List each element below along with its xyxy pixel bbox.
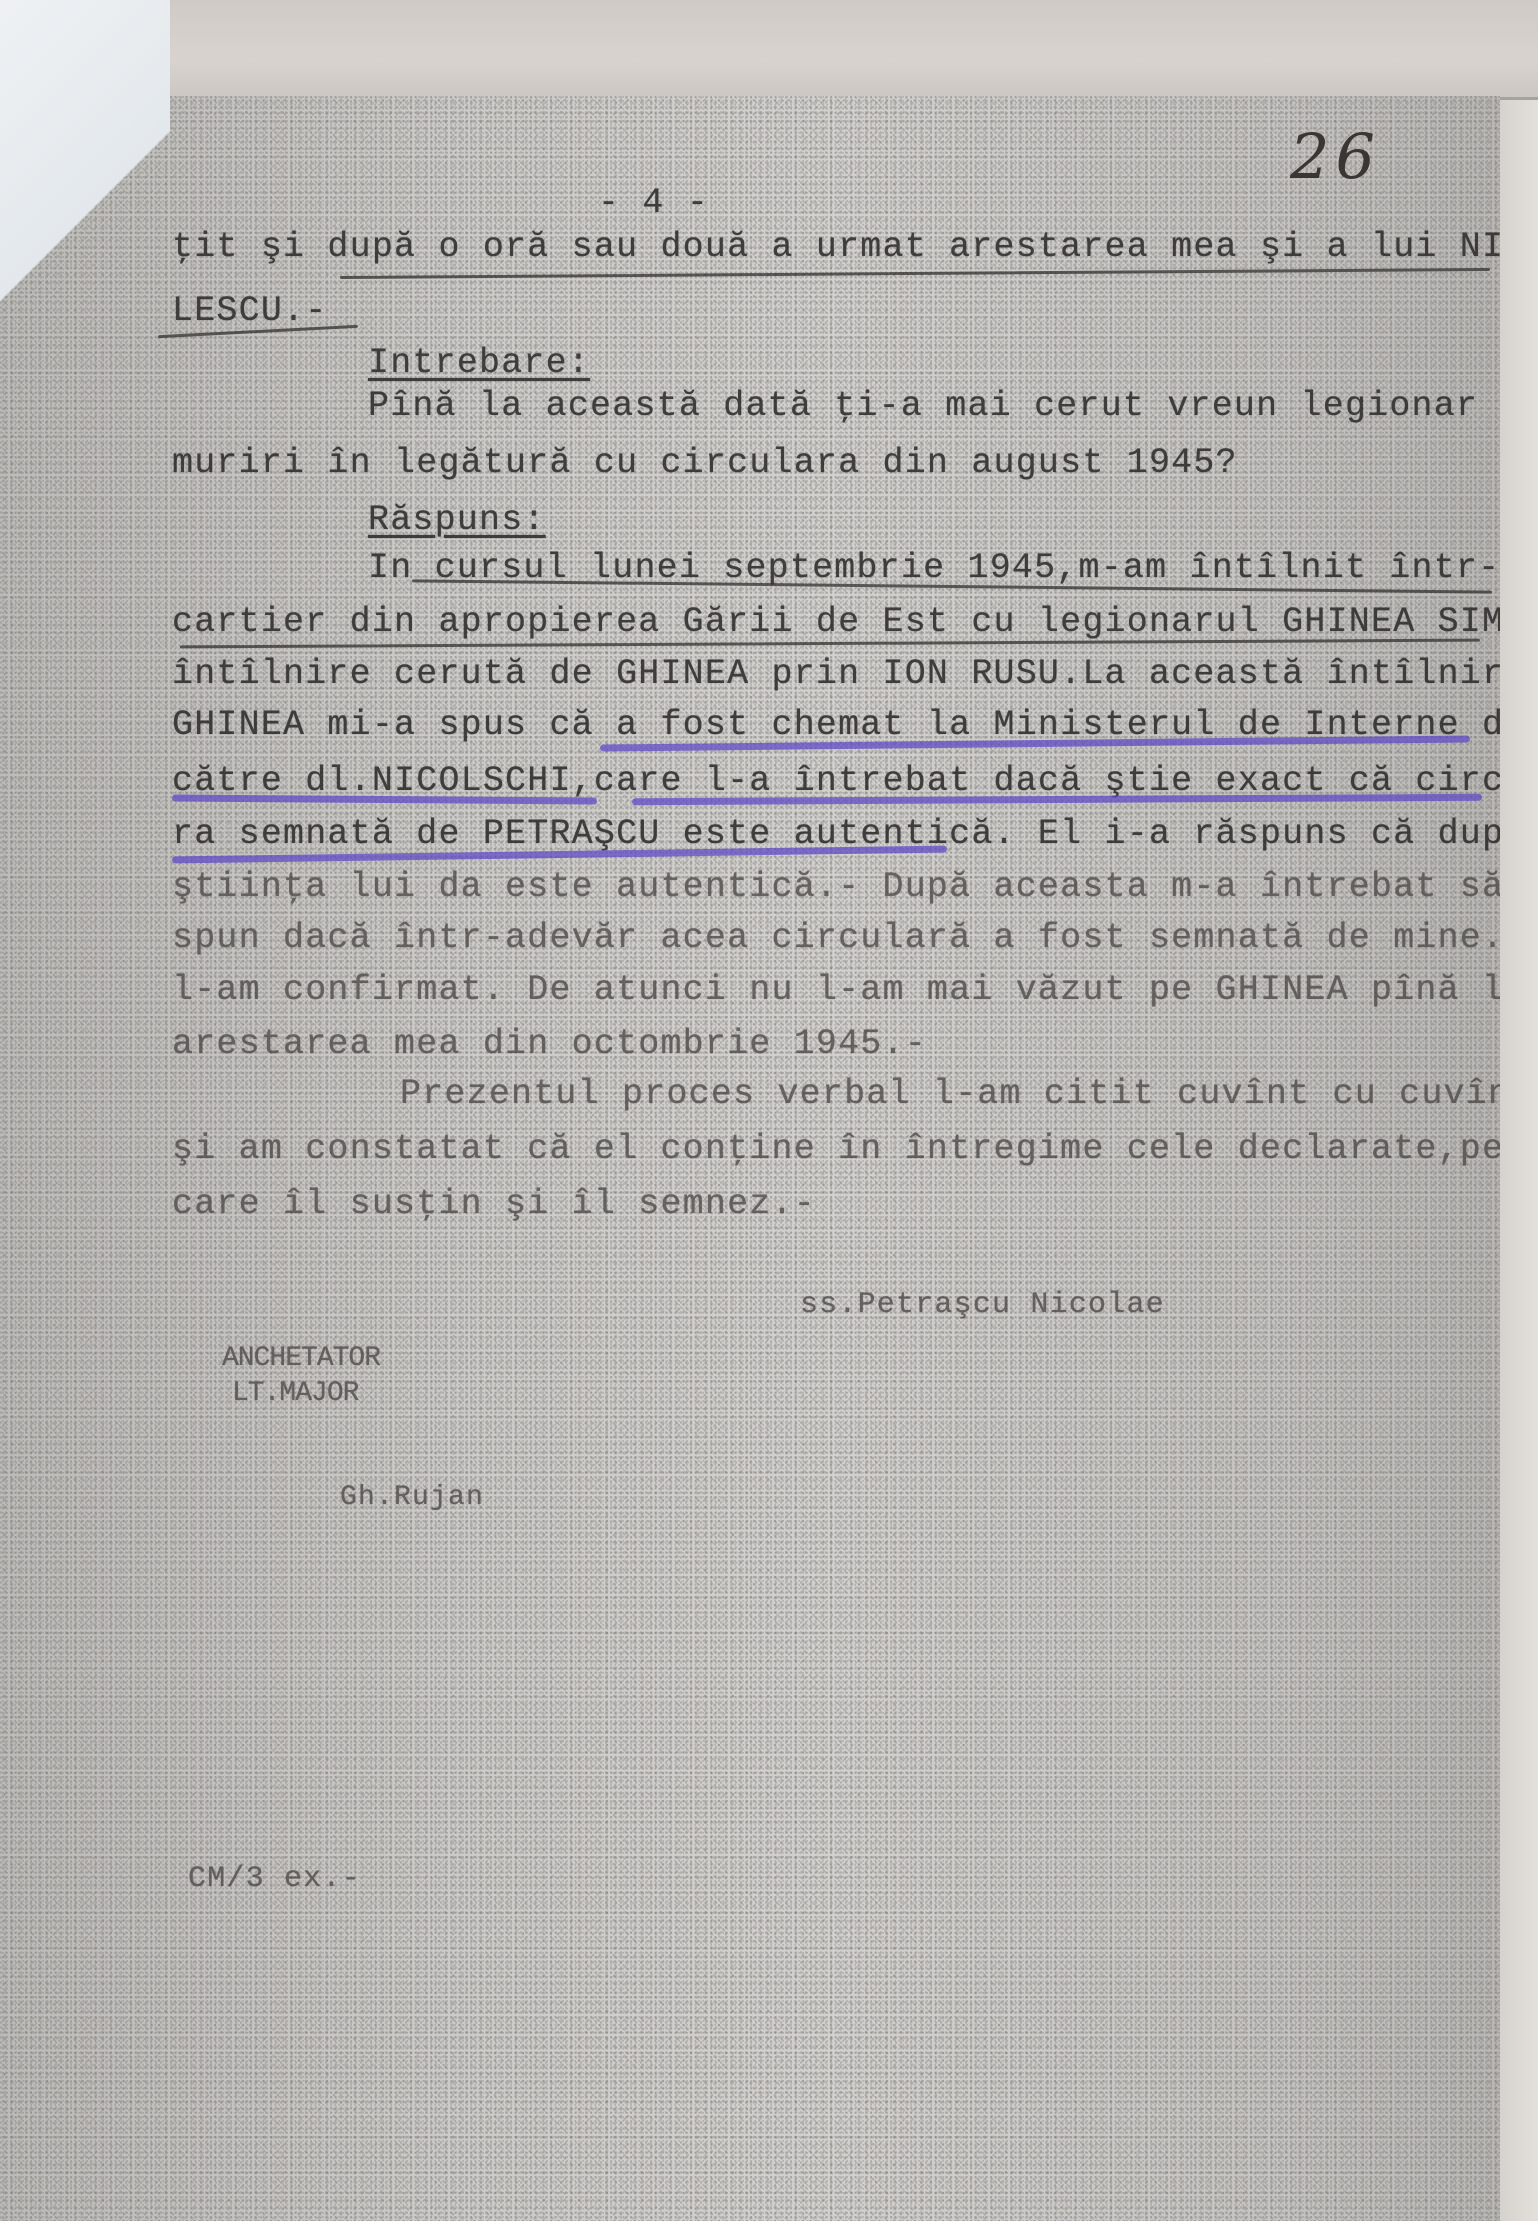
answer-heading: Răspuns: — [368, 503, 546, 538]
document-text-area: - 4 - ţit şi după o oră sau două a urmat… — [0, 0, 1500, 2221]
text-line-2: LESCU.- — [172, 294, 327, 329]
closing-line-3: care îl susţin şi îl semnez.- — [172, 1187, 816, 1222]
answer-line-8: spun dacă într-adevăr acea circulară a f… — [172, 921, 1500, 956]
deponent-signature: ss.Petraşcu Nicolae — [800, 1290, 1165, 1320]
investigator-name: Gh.Rujan — [340, 1484, 484, 1512]
question-line-2: muriri în legătură cu circulara din augu… — [172, 446, 1238, 481]
text-line-1: ţit şi după o oră sau două a urmat arest… — [172, 230, 1500, 265]
closing-line-1: Prezentul proces verbal l-am citit cuvîn… — [400, 1077, 1500, 1112]
question-line-1: Pînă la această dată ţi-a mai cerut vreu… — [368, 389, 1500, 424]
question-heading: Intrebare: — [368, 346, 590, 381]
closing-line-2: şi am constatat că el conţine în întregi… — [172, 1132, 1500, 1167]
pencil-underline — [340, 268, 1490, 279]
answer-line-2: cartier din apropierea Gării de Est cu l… — [172, 605, 1500, 640]
investigator-title: ANCHETATOR — [222, 1345, 380, 1373]
answer-line-7: ştiinţa lui da este autentică.- După ace… — [172, 870, 1500, 905]
copies-note: CM/3 ex.- — [188, 1864, 361, 1894]
page-right-margin — [1500, 100, 1538, 2221]
investigator-rank: LT.MAJOR — [232, 1380, 358, 1408]
typed-page-number: - 4 - — [598, 186, 709, 221]
answer-line-9: l-am confirmat. De atunci nu l-am mai vă… — [172, 973, 1500, 1008]
answer-line-3: întîlnire cerută de GHINEA prin ION RUSU… — [172, 657, 1500, 692]
answer-line-10: arestarea mea din octombrie 1945.- — [172, 1027, 927, 1062]
